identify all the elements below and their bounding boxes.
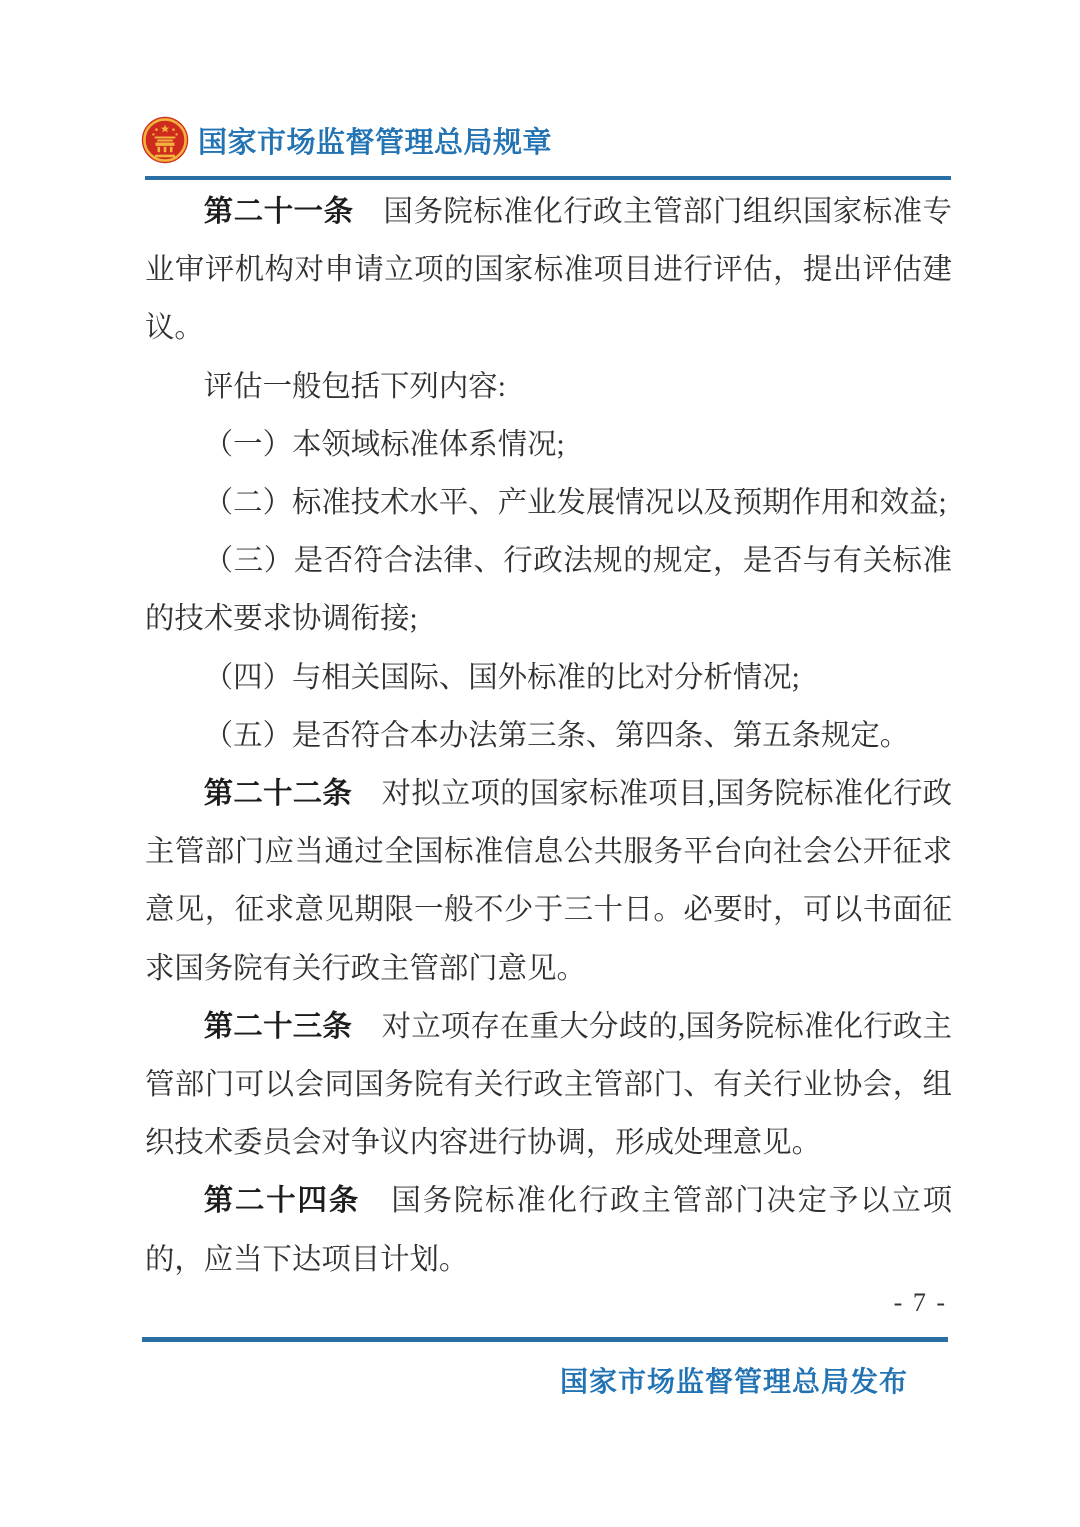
article-number: 第二十一条 [204, 195, 354, 228]
article-paragraph: 第二十一条 国务院标准化行政主管部门组织国家标准专业审评机构对申请立项的国家标准… [145, 183, 952, 358]
document-page: 国家市场监督管理总局规章 第二十一条 国务院标准化行政主管部门组织国家标准专业审… [0, 0, 1080, 1527]
body-paragraph: （四）与相关国际、国外标准的比对分析情况; [145, 649, 952, 707]
article-paragraph: 第二十二条 对拟立项的国家标准项目,国务院标准化行政主管部门应当通过全国标准信息… [145, 765, 952, 998]
article-number: 第二十四条 [204, 1184, 360, 1217]
header-title: 国家市场监督管理总局规章 [198, 120, 552, 161]
article-paragraph: 第二十三条 对立项存在重大分歧的,国务院标准化行政主管部门可以会同国务院有关行政… [145, 998, 952, 1173]
national-emblem-icon [141, 116, 189, 164]
body-paragraph: （一）本领域标准体系情况; [145, 416, 952, 474]
page-header: 国家市场监督管理总局规章 [141, 116, 552, 164]
article-number: 第二十二条 [204, 777, 352, 810]
body-paragraph: （三）是否符合法律、行政法规的规定，是否与有关标准的技术要求协调衔接; [145, 532, 952, 648]
publisher-label: 国家市场监督管理总局发布 [560, 1360, 908, 1400]
body-paragraph: （五）是否符合本办法第三条、第四条、第五条规定。 [145, 707, 952, 765]
header-divider [145, 176, 951, 180]
footer-divider [142, 1337, 948, 1342]
article-number: 第二十三条 [204, 1010, 352, 1043]
page-number: - 7 - [894, 1288, 947, 1318]
document-body: 第二十一条 国务院标准化行政主管部门组织国家标准专业审评机构对申请立项的国家标准… [145, 183, 952, 1289]
body-paragraph: 评估一般包括下列内容: [145, 358, 952, 416]
body-paragraph: （二）标准技术水平、产业发展情况以及预期作用和效益; [145, 474, 952, 532]
article-paragraph: 第二十四条 国务院标准化行政主管部门决定予以立项的，应当下达项目计划。 [145, 1172, 952, 1288]
